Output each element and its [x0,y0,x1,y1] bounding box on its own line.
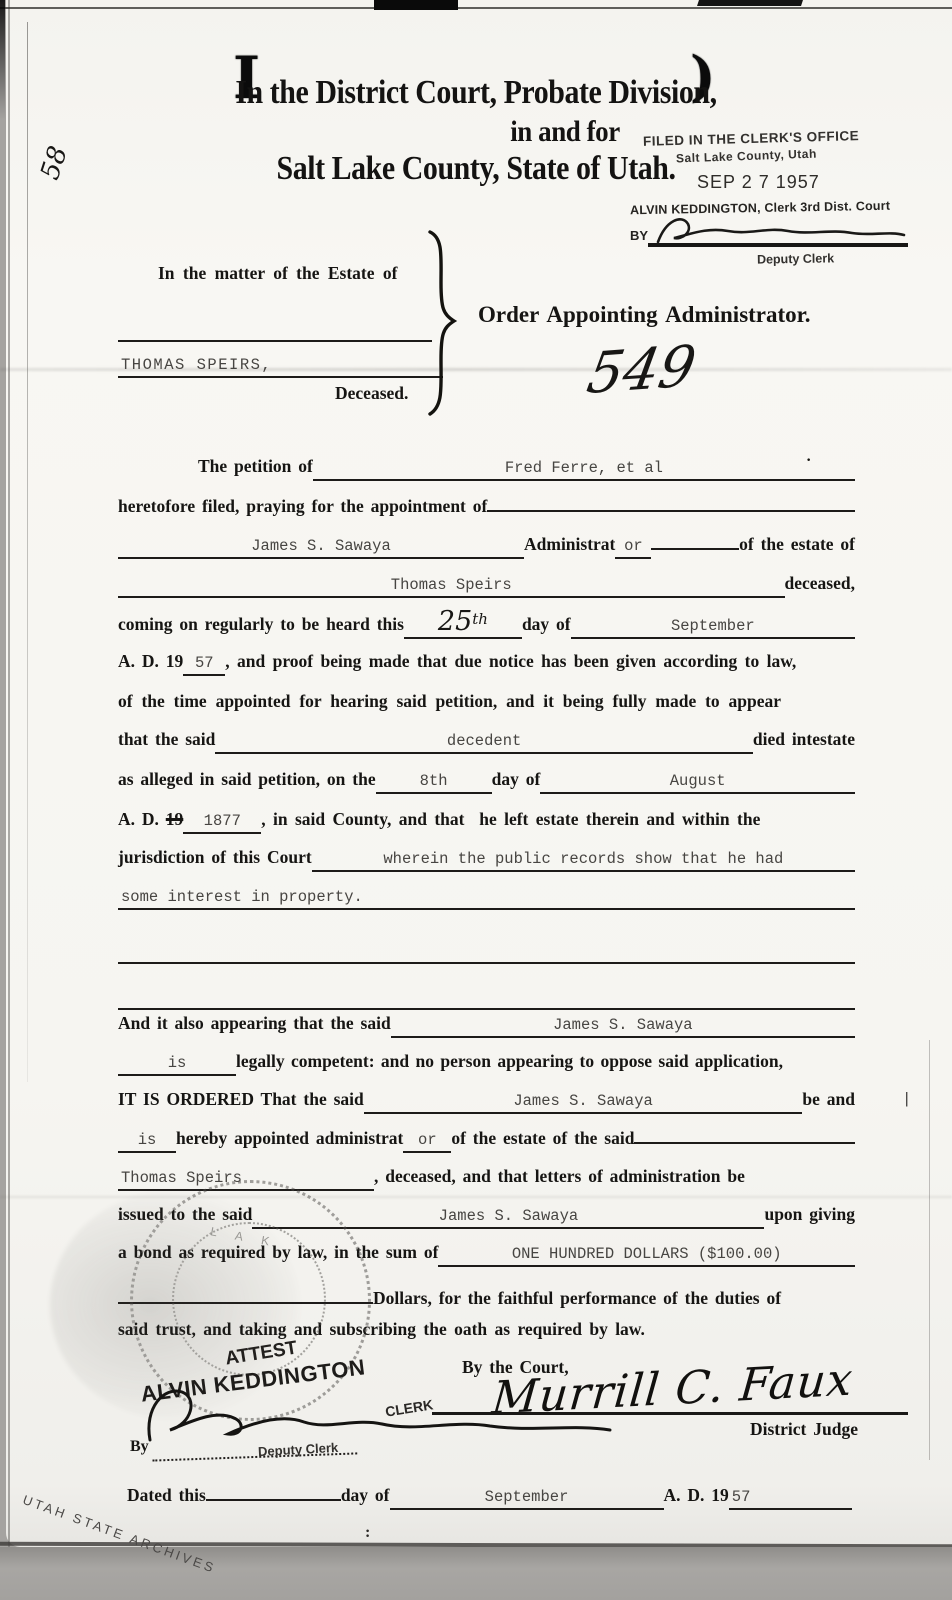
typed-fill: 57 [729,1486,852,1510]
form-text: , in said County, and that he left estat… [261,808,760,830]
filed-stamp-by-label: BY [630,228,648,243]
form-text: died intestate [753,728,855,750]
form-text: day of [522,613,571,635]
typed-fill: James S. Sawaya [364,1090,803,1114]
typed-fill: decedent [215,730,752,754]
case-number-handwritten: 549 [582,334,700,407]
form-text: as alleged in said petition, on the [118,768,376,790]
typed-fill: August [540,770,855,794]
form-text: upon giving [764,1203,855,1225]
typed-fill: is [118,1052,236,1076]
typed-fill: James S. Sawaya [391,1014,855,1038]
filed-stamp-date: SEP 2 7 1957 [697,172,820,193]
filed-stamp-deputy-label: Deputy Clerk [757,251,834,266]
form-text: Administrat [524,533,615,555]
handwritten-day: 25 [438,606,472,637]
typed-fill: 1877 [183,810,261,834]
scan-artifact-top [374,0,458,10]
judge-signature-line [432,1412,908,1415]
typed-fill: is [118,1129,176,1153]
caption-brace [426,228,460,418]
order-title: Order Appointing Administrator. [478,304,811,326]
judge-title: District Judge [750,1418,858,1440]
form-text: day of [341,1484,390,1506]
scanned-document: I ) 58 In the District Court, Probate Di… [0,0,952,1600]
form-text: And it also appearing that the said [118,1012,391,1034]
typed-fill: September [390,1486,664,1510]
form-text: Dollars, for the faithful performance of… [373,1287,781,1309]
blank-fill [634,1142,855,1144]
form-text: A. D. 19 [664,1484,729,1506]
blank-ruled-line-1 [118,940,855,964]
form-text: jurisdiction of this Court [118,846,312,868]
typed-fill: Thomas Speirs [118,574,785,598]
blank-fill [206,1477,341,1501]
form-text: be and [802,1088,855,1110]
scanner-bed [0,1547,952,1600]
deceased-label: Deceased. [335,382,408,404]
typed-fill: James S. Sawaya [118,535,524,559]
body-line-8: that the said decedent died intestate [118,728,855,754]
body-line-11: jurisdiction of this Court wherein the p… [118,846,855,872]
form-text: IT IS ORDERED That the said [118,1088,364,1110]
handwritten-fill: 25th [404,608,522,639]
typed-fill: 57 [183,652,225,676]
stray-dot: · [806,452,811,470]
blank-ruled-line-2 [118,986,855,1010]
form-text: legally competent: and no person appeari… [236,1050,783,1072]
form-text: deceased, [785,572,855,594]
body-line-2: heretofore filed, praying for the appoin… [118,495,855,517]
typed-fill: September [571,615,855,639]
form-text: The petition of [198,455,313,477]
struck-form-text: 19 [166,808,184,830]
decedent-name: THOMAS SPEIRS, [118,354,443,378]
body-line-7: of the time appointed for hearing said p… [118,690,855,712]
stray-colon: : [365,1524,370,1542]
scan-artifact-top-right [697,0,803,6]
typed-fill: or [615,535,651,559]
page-left-edge [8,0,10,1547]
body-line-12: some interest in property. [118,886,855,910]
scan-artifact-corner [0,0,5,120]
filed-stamp-signature-line [648,243,908,247]
typed-fill: or [403,1129,451,1153]
body-line-3: James S. Sawaya Administrat or of the es… [118,533,855,559]
form-text: , and proof being made that due notice h… [225,650,796,672]
body-line-9: as alleged in said petition, on the 8th … [118,768,855,794]
form-text: Dated this [127,1484,206,1506]
form-text: that the said [118,728,215,750]
form-text: hereby appointed administrat [176,1127,403,1149]
typed-fill: some interest in property. [118,886,855,910]
page-left-crease [27,22,28,1082]
body-line-13: And it also appearing that the said Jame… [118,1012,855,1038]
stray-mark: | [905,1090,909,1108]
blank-fill [118,986,855,1010]
form-text: of the estate of the said [451,1127,634,1149]
blank-fill [487,510,855,512]
dated-line: Dated this day of September A. D. 19 57 [127,1477,852,1510]
handwritten-day-suffix: th [472,610,488,628]
blank-fill [118,940,855,964]
form-text: A. D. 19 [118,650,183,672]
typed-fill: wherein the public records show that he … [312,848,855,872]
body-line-4: Thomas Speirs deceased, [118,572,855,598]
estate-caption: In the matter of the Estate of [158,262,397,284]
attest-by-label: By [130,1436,149,1458]
body-line-16: is hereby appointed administrat or of th… [118,1127,855,1153]
deputy-clerk-signature-stamp-area [652,210,908,254]
blank-fill [651,548,739,550]
court-title-line1: In the District Court, Probate Division, [57,74,895,112]
form-text: coming on regularly to be heard this [118,613,404,635]
form-text: heretofore filed, praying for the appoin… [118,495,487,517]
form-text: , deceased, and that letters of administ… [374,1165,745,1187]
paper-crease-right [929,1040,930,1460]
typed-fill: ONE HUNDRED DOLLARS ($100.00) [438,1243,855,1267]
body-line-15: IT IS ORDERED That the said James S. Saw… [118,1088,855,1114]
form-text: A. D. [118,808,166,830]
estate-name-blank-line [118,318,432,342]
form-text: of the time appointed for hearing said p… [118,690,781,712]
form-text: of the estate of [739,533,855,555]
typed-fill: 8th [376,770,492,794]
body-line-1: The petition of Fred Ferre, et al [118,455,855,481]
form-text: day of [492,768,541,790]
body-line-5: coming on regularly to be heard this 25t… [118,608,855,639]
body-line-14: is legally competent: and no person appe… [118,1050,855,1076]
body-line-6: A. D. 19 57 , and proof being made that … [118,650,855,676]
typed-fill: Fred Ferre, et al [313,457,855,481]
page-top-edge [0,7,952,9]
body-line-10: A. D. 19 1877 , in said County, and that… [118,808,855,834]
